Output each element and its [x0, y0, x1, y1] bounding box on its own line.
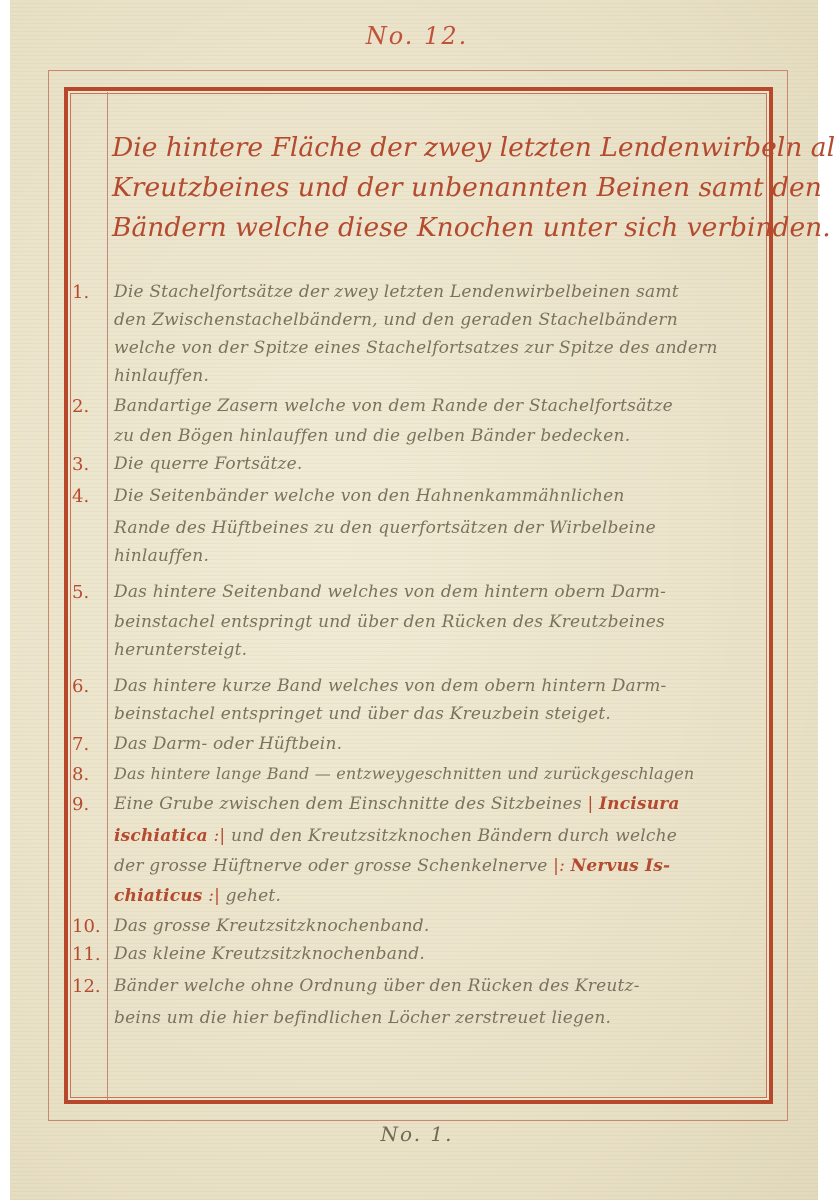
item-text: und den Kreutzsitzknochen Bändern durch …: [231, 826, 677, 846]
list-item-line: zu den Bögen hinlauffen und die gelben B…: [114, 426, 774, 446]
list-item-line: Das hintere Seitenband welches von dem h…: [114, 582, 774, 602]
bracket-mark: :|: [208, 886, 220, 906]
item-number: 5.: [72, 582, 106, 603]
page-title: Die hintere Fläche der zwey letzten Lend…: [112, 128, 772, 248]
latin-term: Nervus Is-: [571, 856, 671, 876]
list-item-line: Das Darm- oder Hüftbein.: [114, 734, 774, 754]
list-item-line: den Zwischenstachelbändern, und den gera…: [114, 310, 774, 330]
list-item-line: Das kleine Kreutzsitzknochenband.: [114, 944, 774, 964]
item-number: 9.: [72, 794, 106, 815]
item-text: gehet.: [226, 886, 281, 906]
list-item-line-with-latin: ischiatica :| und den Kreutzsitzknochen …: [114, 826, 774, 846]
item-number: 6.: [72, 676, 106, 697]
list-item-line: Das hintere lange Band — entzweygeschnit…: [114, 764, 774, 783]
page-number-bottom: No. 1.: [0, 1122, 834, 1146]
item-number: 1.: [72, 282, 106, 303]
bracket-mark: :|: [214, 826, 226, 846]
title-line: Die hintere Fläche der zwey letzten Lend…: [112, 128, 772, 168]
list-item-line-with-latin: chiaticus :| gehet.: [114, 886, 774, 906]
item-number: 8.: [72, 764, 106, 785]
list-item-line: beinstachel entspringt und über den Rück…: [114, 612, 774, 632]
list-item-line: Rande des Hüftbeines zu den querfortsätz…: [114, 518, 774, 538]
list-item-line: heruntersteigt.: [114, 640, 774, 660]
item-text: der grosse Hüftnerve oder grosse Schenke…: [114, 856, 548, 876]
list-item-line: Das hintere kurze Band welches von dem o…: [114, 676, 774, 696]
list-item-line: Die Stachelfortsätze der zwey letzten Le…: [114, 282, 774, 302]
item-number: 7.: [72, 734, 106, 755]
margin-rule: [107, 92, 108, 1100]
page-number-top: No. 12.: [0, 22, 834, 50]
list-item-line: Die querre Fortsätze.: [114, 454, 774, 474]
list-item-line: Bänder welche ohne Ordnung über den Rück…: [114, 976, 774, 996]
latin-term: ischiatica: [114, 826, 208, 846]
bracket-mark: |: [587, 794, 593, 814]
list-item-line: hinlauffen.: [114, 546, 774, 566]
list-item-line: welche von der Spitze eines Stachelforts…: [114, 338, 774, 358]
list-item-line-with-latin: Eine Grube zwischen dem Einschnitte des …: [114, 794, 774, 814]
item-number: 11.: [72, 944, 106, 965]
list-item-line: beins um die hier befindlichen Löcher ze…: [114, 1008, 774, 1028]
item-text: Eine Grube zwischen dem Einschnitte des …: [114, 794, 582, 814]
list-item-line: beinstachel entspringet und über das Kre…: [114, 704, 774, 724]
bracket-mark: |:: [553, 856, 565, 876]
list-item-line: hinlauffen.: [114, 366, 774, 386]
list-item-line: Die Seitenbänder welche von den Hahnenka…: [114, 486, 774, 506]
item-number: 2.: [72, 396, 106, 417]
title-line: Kreutzbeines und der unbenannten Beinen …: [112, 168, 772, 208]
item-number: 10.: [72, 916, 106, 937]
latin-term: Incisura: [599, 794, 680, 814]
item-number: 3.: [72, 454, 106, 475]
list-item-line: Bandartige Zasern welche von dem Rande d…: [114, 396, 774, 416]
item-number: 12.: [72, 976, 106, 997]
list-item-line: Das grosse Kreutzsitzknochenband.: [114, 916, 774, 936]
latin-term: chiaticus: [114, 886, 203, 906]
title-line: Bändern welche diese Knochen unter sich …: [112, 208, 772, 248]
list-item-line-with-latin: der grosse Hüftnerve oder grosse Schenke…: [114, 856, 774, 876]
item-number: 4.: [72, 486, 106, 507]
